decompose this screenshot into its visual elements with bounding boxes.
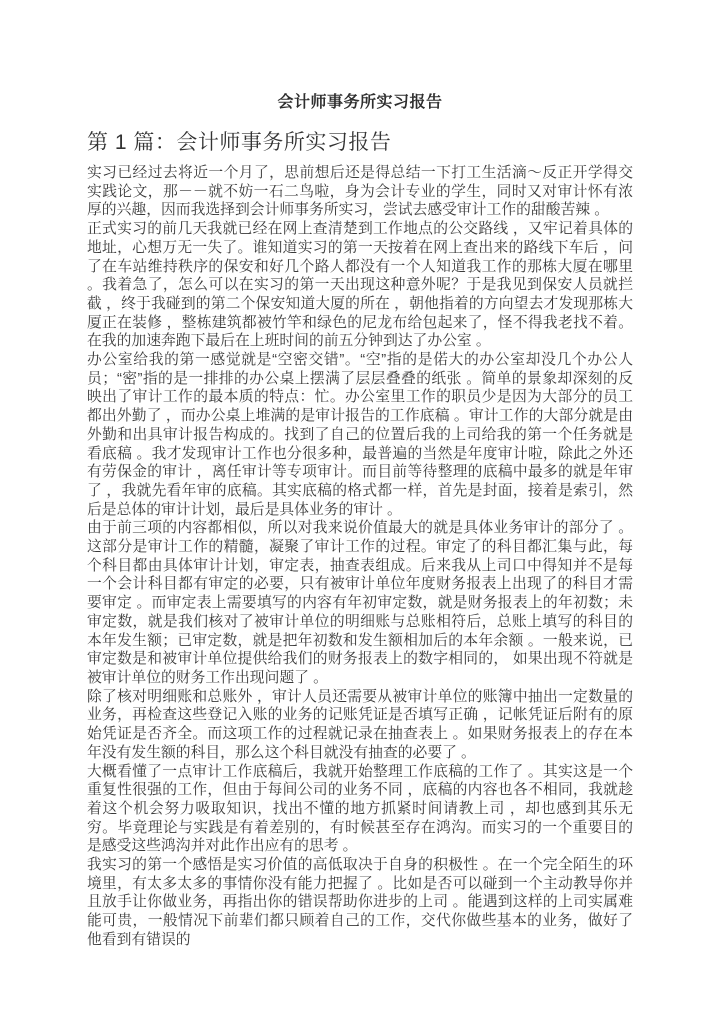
paragraph: 办公室给我的第一感觉就是“空密交错”。“空”指的是偌大的办公室却没几个办公人员；… [87,351,633,519]
document-body: 实习已经过去将近一个月了，思前想后还是得总结一下打工生活滴～反正开学得交实践论文… [87,164,633,950]
paragraph: 由于前三项的内容都相似，所以对我来说价值最大的就是具体业务审计的部分了 。这部分… [87,519,633,687]
document-page: 会计师事务所实习报告 第 1 篇：会计师事务所实习报告 实习已经过去将近一个月了… [0,0,720,1017]
paragraph: 大概看懂了一点审计工作底稿后，我就开始整理工作底稿的工作了 。其实这是一个重复性… [87,763,633,857]
paragraph: 实习已经过去将近一个月了，思前想后还是得总结一下打工生活滴～反正开学得交实践论文… [87,164,633,220]
paragraph: 正式实习的前几天我就已经在网上查清楚到工作地点的公交路线 ，又牢记着具体的地址，… [87,220,633,351]
paragraph: 除了核对明细账和总账外 ，审计人员还需要从被审计单位的账簿中抽出一定数量的业务，… [87,688,633,763]
paragraph: 我实习的第一个感悟是实习价值的高低取决于自身的积极性 。在一个完全陌生的环境里，… [87,856,633,950]
document-title: 会计师事务所实习报告 [87,92,633,114]
document-content: 会计师事务所实习报告 第 1 篇：会计师事务所实习报告 实习已经过去将近一个月了… [87,92,633,950]
section-heading: 第 1 篇：会计师事务所实习报告 [87,128,633,158]
